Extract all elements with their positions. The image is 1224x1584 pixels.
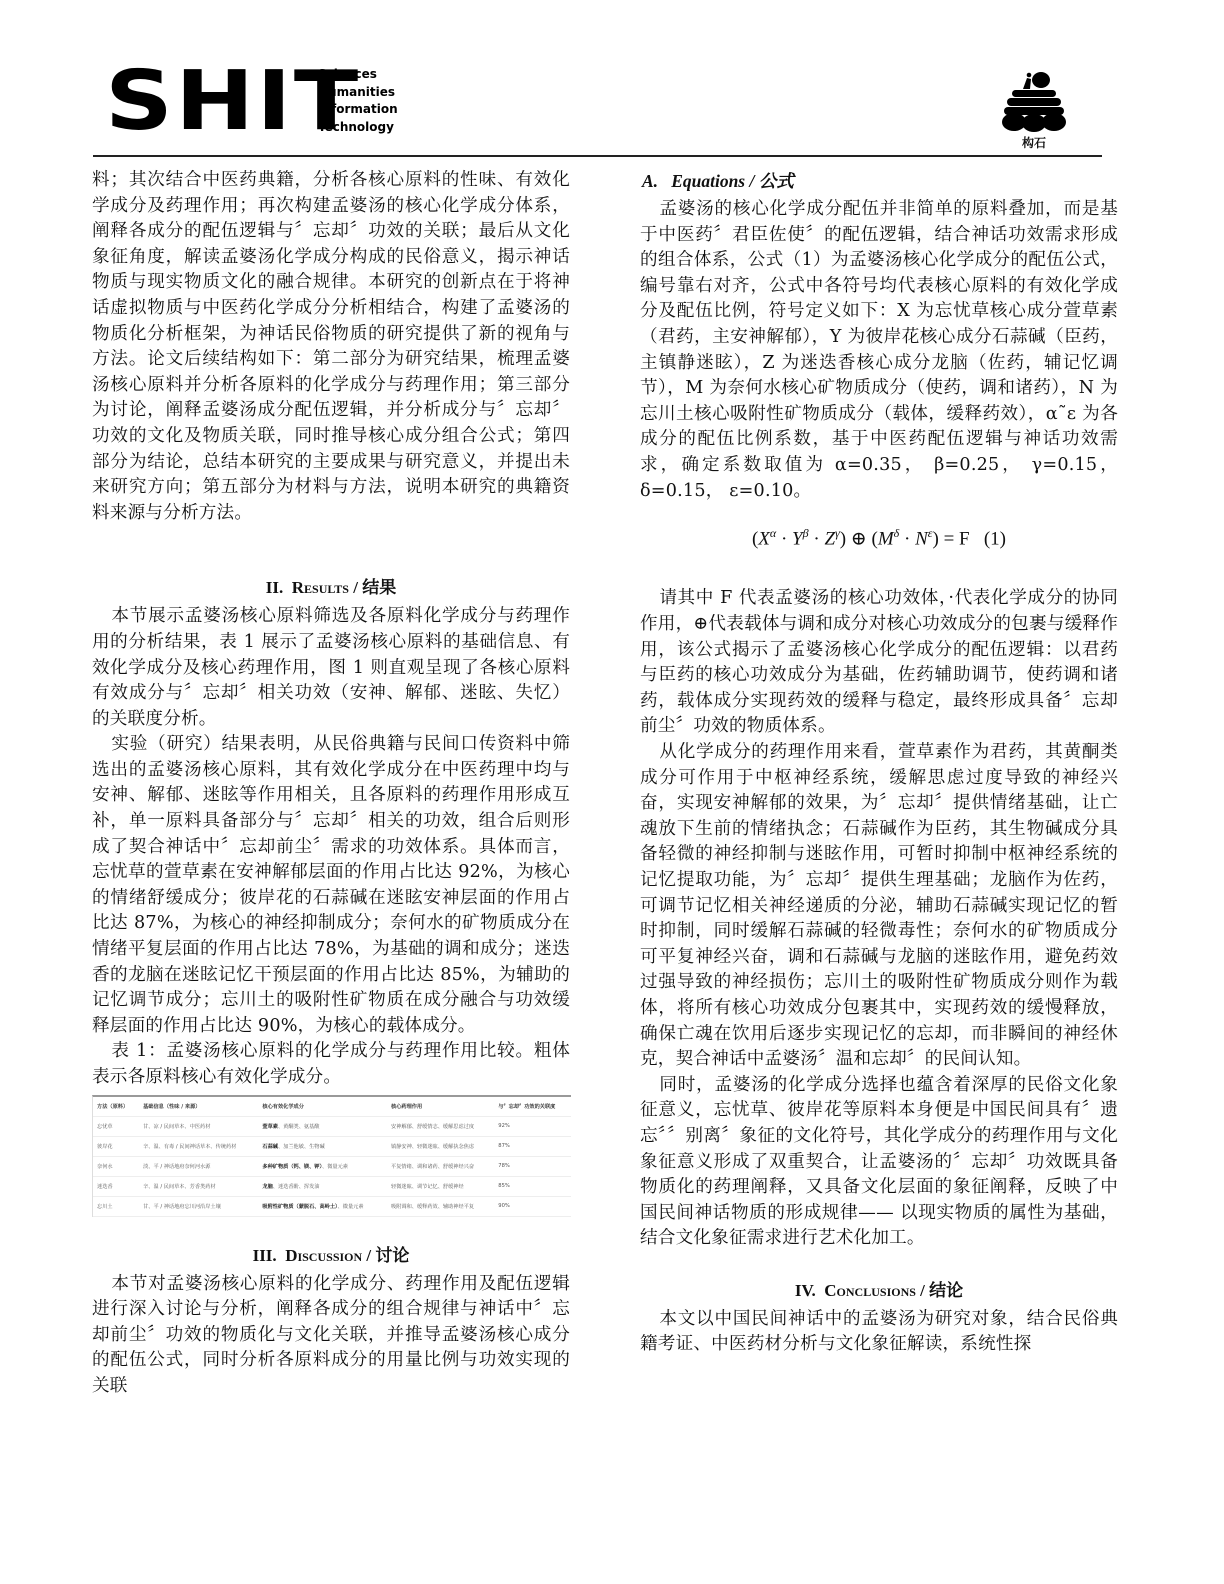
cell-ingredient: 迷迭香 [93, 1176, 139, 1196]
equation-symbol: M [878, 528, 894, 549]
cell-relevance: 90% [494, 1196, 571, 1216]
subsection-label: A. [642, 171, 658, 191]
cell-relevance: 85% [494, 1176, 571, 1196]
rock-pile-logo: 构石 [998, 70, 1070, 150]
section-heading-discussion: III. Discussion / 讨论 [92, 1241, 570, 1266]
table-row: 彼岸花 辛、温、有毒 / 民间神话草本、传统药材 石蒜碱、加兰他敏、生物碱 镇静… [93, 1136, 571, 1156]
cell-main-compound: 龙脑 [262, 1184, 272, 1190]
equation-symbol: X [758, 528, 770, 549]
table-header-row: 方法（原料） 基础信息（性味 / 来源） 核心有效化学成分 核心药理作用 与〞忘… [93, 1097, 571, 1117]
equation-exponent: α [770, 526, 776, 540]
journal-logo: SHIT [105, 64, 327, 140]
table-row: 忘川土 甘、平 / 神话地府忘川河沿岸土壤 吸附性矿物质（蒙脱石、高岭土）、微量… [93, 1196, 571, 1216]
section-number: III. [253, 1246, 277, 1265]
equation-symbol: Y [792, 528, 803, 549]
cell-info: 淡、平 / 神话地府奈何河水源 [139, 1156, 258, 1176]
equation-operator: · [904, 528, 910, 549]
section-title-cn: / 结果 [353, 578, 396, 597]
cell-other-compounds: 、迷迭香酚、挥发油 [273, 1184, 320, 1190]
equation-exponent: β [803, 526, 809, 540]
cell-info: 甘、凉 / 民间草本、中医药材 [139, 1116, 258, 1136]
results-paragraph: 实验（研究）结果表明，从民俗典籍与民间口传资料中筛选出的孟婆汤核心原料，其有效化… [92, 732, 570, 1039]
cell-other-compounds: 、加兰他敏、生物碱 [278, 1144, 325, 1150]
cell-compounds: 石蒜碱、加兰他敏、生物碱 [258, 1136, 387, 1156]
section-heading-results: II. Results / 结果 [92, 573, 570, 598]
table-row: 奈何水 淡、平 / 神话地府奈何河水源 多种矿物质（钙、镁、钾）、微量元素 平复… [93, 1156, 571, 1176]
cell-main-compound: 多种矿物质（钙、镁、钾） [262, 1164, 322, 1170]
logo-subtitle-line: Humanities [318, 84, 398, 102]
cell-info: 辛、温 / 民间草本、芳香类药材 [139, 1176, 258, 1196]
section-title: Conclusions [824, 1281, 916, 1300]
table-row: 迷迭香 辛、温 / 民间草本、芳香类药材 龙脑、迷迭香酚、挥发油 轻微迷眩、调节… [93, 1176, 571, 1196]
cell-relevance: 92% [494, 1116, 571, 1136]
equation-symbol: Z [824, 528, 835, 549]
cell-other-compounds: 、微量元素 [338, 1204, 364, 1210]
cell-other-compounds: 、黄酮类、氨基酸 [278, 1124, 320, 1130]
section-number: IV. [795, 1281, 816, 1300]
equation-exponent: γ [835, 526, 840, 540]
cell-other-compounds: 、微量元素 [322, 1164, 348, 1170]
logo-subtitle-line: Sciences [318, 66, 398, 84]
equation-operator: · [781, 528, 787, 549]
equation-exponent: δ [894, 526, 900, 540]
cell-compounds: 萱草素、黄酮类、氨基酸 [258, 1116, 387, 1136]
cell-ingredient: 忘川土 [93, 1196, 139, 1216]
logo-subtitle-line: Technology [318, 119, 398, 137]
logo-subtitle-line: Information [318, 101, 398, 119]
right-column: A. Equations / 公式 孟婆汤的核心化学成分配伍并非简单的原料叠加，… [640, 168, 1118, 1358]
cell-effect: 平复情绪、调和诸药、舒缓神经兴奋 [387, 1156, 494, 1176]
cell-effect: 安神解郁、舒缓情志、缓解思虑过度 [387, 1116, 494, 1136]
column-header: 与〞忘却〞功效的关联度 [494, 1097, 571, 1117]
section-number: II. [266, 578, 283, 597]
section-title-cn: / 结论 [920, 1281, 963, 1300]
equation-number: (1) [984, 528, 1006, 549]
cell-ingredient: 忘忧草 [93, 1116, 139, 1136]
cell-main-compound: 萱草素 [262, 1124, 278, 1130]
body-paragraph: 从化学成分的药理作用来看，萱草素作为君药，其黄酮类成分可作用于中枢神经系统，缓解… [640, 740, 1118, 1073]
rock-logo-label: 构石 [998, 134, 1070, 151]
equation-rhs: = F [944, 528, 970, 549]
equation-operator: · [813, 528, 819, 549]
cell-compounds: 龙脑、迷迭香酚、挥发油 [258, 1176, 387, 1196]
cell-compounds: 多种矿物质（钙、镁、钾）、微量元素 [258, 1156, 387, 1176]
cell-effect: 轻微迷眩、调节记忆、舒缓神经 [387, 1176, 494, 1196]
cell-info: 辛、温、有毒 / 民间神话草本、传统药材 [139, 1136, 258, 1156]
cell-main-compound: 吸附性矿物质（蒙脱石、高岭土） [262, 1204, 337, 1210]
cell-relevance: 87% [494, 1136, 571, 1156]
cell-info: 甘、平 / 神话地府忘川河沿岸土壤 [139, 1196, 258, 1216]
cell-ingredient: 奈何水 [93, 1156, 139, 1176]
subsection-title: Equations / 公式 [671, 171, 794, 191]
equations-paragraph: 孟婆汤的核心化学成分配伍并非简单的原料叠加，而是基于中医药〞君臣佐使〞的配伍逻辑… [640, 197, 1118, 504]
equation-1: (Xα · Yβ · Zγ) ⊕ (Mδ · Nε) = F (1) [640, 526, 1118, 550]
left-column: 料；其次结合中医药典籍，分析各核心原料的性味、有效化学成分及药理作用；再次构建孟… [92, 168, 570, 1400]
body-paragraph: 请其中 F 代表孟婆汤的核心功效体，·代表化学成分的协同作用，⊕代表载体与调和成… [640, 586, 1118, 740]
table-row: 忘忧草 甘、凉 / 民间草本、中医药材 萱草素、黄酮类、氨基酸 安神解郁、舒缓情… [93, 1116, 571, 1136]
journal-header: SHIT Sciences Humanities Information Tec… [93, 62, 1103, 158]
column-header: 基础信息（性味 / 来源） [139, 1097, 258, 1117]
results-paragraph: 本节展示孟婆汤核心原料筛选及各原料化学成分与药理作用的分析结果，表 1 展示了孟… [92, 604, 570, 732]
header-divider [93, 155, 1102, 157]
logo-subtitle: Sciences Humanities Information Technolo… [318, 66, 398, 136]
ingredients-table: 方法（原料） 基础信息（性味 / 来源） 核心有效化学成分 核心药理作用 与〞忘… [92, 1095, 571, 1217]
cell-ingredient: 彼岸花 [93, 1136, 139, 1156]
equation-operator: ⊕ [851, 528, 867, 549]
equation-exponent: ε [928, 526, 933, 540]
column-header: 核心有效化学成分 [258, 1097, 387, 1117]
intro-paragraph: 料；其次结合中医药典籍，分析各核心原料的性味、有效化学成分及药理作用；再次构建孟… [92, 168, 570, 526]
section-title: Discussion [285, 1246, 362, 1265]
body-paragraph: 同时，孟婆汤的化学成分选择也蕴含着深厚的民俗文化象征意义，忘忧草、彼岸花等原料本… [640, 1073, 1118, 1252]
table-caption: 表 1：孟婆汤核心原料的化学成分与药理作用比较。粗体表示各原料核心有效化学成分。 [92, 1039, 570, 1090]
cell-effect: 吸附调和、缓释药效、辅助神经平复 [387, 1196, 494, 1216]
column-header: 核心药理作用 [387, 1097, 494, 1117]
cell-compounds: 吸附性矿物质（蒙脱石、高岭土）、微量元素 [258, 1196, 387, 1216]
column-header: 方法（原料） [93, 1097, 139, 1117]
rock-pile-icon [1001, 70, 1067, 132]
section-title-cn: / 讨论 [366, 1246, 409, 1265]
conclusions-paragraph: 本文以中国民间神话中的孟婆汤为研究对象，结合民俗典籍考证、中医药材分析与文化象征… [640, 1307, 1118, 1358]
equation-symbol: N [915, 528, 928, 549]
subsection-heading-equations: A. Equations / 公式 [642, 168, 1118, 193]
cell-effect: 镇静安神、轻微迷眩、缓解执念焦虑 [387, 1136, 494, 1156]
section-heading-conclusions: IV. Conclusions / 结论 [640, 1276, 1118, 1301]
section-title: Results [292, 578, 349, 597]
cell-relevance: 78% [494, 1156, 571, 1176]
discussion-paragraph: 本节对孟婆汤核心原料的化学成分、药理作用及配伍逻辑进行深入讨论与分析，阐释各成分… [92, 1272, 570, 1400]
cell-main-compound: 石蒜碱 [262, 1144, 278, 1150]
